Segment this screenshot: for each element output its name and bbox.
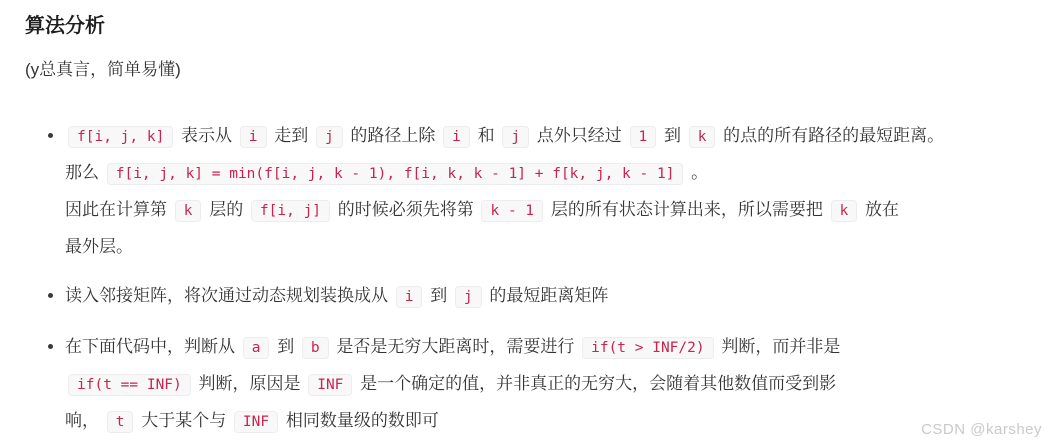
text-segment: 到	[272, 337, 298, 356]
inline-code: INF	[234, 411, 278, 433]
text-segment: 大于某个与	[136, 411, 230, 430]
inline-code: k	[175, 200, 202, 222]
article-subtitle: (y总真言，简单易懂)	[25, 58, 1027, 82]
text-segment: 和	[473, 126, 499, 145]
text-segment: 的路径上除	[346, 126, 440, 145]
text-segment: 读入邻接矩阵，将次通过动态规划装换成从	[65, 286, 393, 305]
inline-code: j	[316, 126, 343, 148]
inline-code: k	[831, 200, 858, 222]
text-segment: 走到	[270, 126, 313, 145]
inline-code: 1	[630, 126, 657, 148]
watermark: CSDN @karshey	[921, 421, 1042, 438]
inline-code: j	[502, 126, 529, 148]
text-segment: 那么	[65, 163, 104, 182]
text-segment: 。	[686, 163, 708, 182]
inline-code: f[i, j]	[251, 200, 330, 222]
text-segment: 到	[659, 126, 685, 145]
text-segment: 相同数量级的数即可	[281, 411, 439, 430]
inline-code: i	[443, 126, 470, 148]
inline-code: b	[302, 337, 329, 359]
page-title: 算法分析	[25, 12, 1027, 40]
inline-code: f[i, j, k] = min(f[i, j, k - 1), f[i, k,…	[107, 163, 684, 185]
inline-code: k - 1	[481, 200, 543, 222]
inline-code: t	[107, 411, 134, 433]
inline-code: f[i, j, k]	[68, 126, 173, 148]
inline-code: j	[455, 286, 482, 308]
inline-code: INF	[308, 374, 352, 396]
text-segment: 的点的所有路径的最短距离。	[718, 126, 944, 145]
inline-code: a	[243, 337, 270, 359]
list-item: f[i, j, k] 表示从 i 走到 j 的路径上除 i 和 j 点外只经过 …	[65, 118, 1027, 264]
inline-code: if(t == INF)	[68, 374, 191, 396]
list-item: 读入邻接矩阵，将次通过动态规划装换成从 i 到 j 的最短距离矩阵	[65, 278, 1027, 315]
inline-code: k	[689, 126, 716, 148]
text-segment: 因此在计算第	[65, 200, 172, 219]
text-segment: 判断，而并非是	[717, 337, 841, 356]
list-item: 在下面代码中，判断从 a 到 b 是否是无穷大距离时，需要进行 if(t > I…	[65, 329, 1027, 440]
text-segment: 表示从	[176, 126, 236, 145]
text-segment: 的时候必须先将第	[333, 200, 478, 219]
bullet-list: f[i, j, k] 表示从 i 走到 j 的路径上除 i 和 j 点外只经过 …	[25, 118, 1027, 440]
text-segment: 在下面代码中，判断从	[65, 337, 240, 356]
text-segment: 层的	[204, 200, 247, 219]
text-segment: 是一个确定的值，并非真正的无穷大，会随着其他数值而受到影	[355, 374, 836, 393]
inline-code: if(t > INF/2)	[582, 337, 714, 359]
text-segment: 放在	[860, 200, 899, 219]
inline-code: i	[396, 286, 423, 308]
inline-code: i	[240, 126, 267, 148]
article-page: 算法分析 (y总真言，简单易懂) f[i, j, k] 表示从 i 走到 j 的…	[0, 0, 1052, 446]
text-segment: 响，	[65, 411, 104, 430]
text-segment: 层的所有状态计算出来，所以需要把	[546, 200, 827, 219]
text-segment: 的最短距离矩阵	[485, 286, 609, 305]
text-segment: 判断，原因是	[194, 374, 305, 393]
text-segment: 点外只经过	[532, 126, 626, 145]
text-segment: 到	[425, 286, 451, 305]
text-segment: 是否是无穷大距离时，需要进行	[332, 337, 579, 356]
text-segment: 最外层。	[65, 237, 133, 256]
